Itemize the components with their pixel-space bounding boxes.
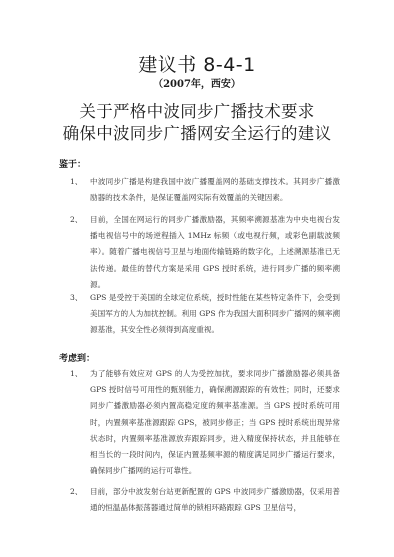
item-text: 为了能够有效应对 GPS 的人为受控加扰，要求同步广播激励器必须具备 GPS 授… (90, 366, 340, 479)
list-item: 2、 目前，部分中波发射台站更新配置的 GPS 中波同步广播激励器，仅采用普通的… (70, 484, 340, 516)
item-text: 目前，部分中波发射台站更新配置的 GPS 中波同步广播激励器，仅采用普通的恒温晶… (90, 484, 340, 516)
item-number: 3、 (70, 290, 86, 306)
document-code: 建议书 8-4-1 (0, 50, 394, 77)
list-item: 3、 GPS 是受控于美国的全球定位系统，授时性能在某些特定条件下，会受到美国军… (70, 290, 340, 339)
item-number: 1、 (70, 174, 86, 190)
item-number: 2、 (70, 484, 86, 500)
section-heading: 考虑到： (59, 351, 95, 364)
document-title-line2: 确保中波同步广播网安全运行的建议 (0, 120, 394, 144)
list-item: 2、 目前，全国在网运行的同步广播激励器，其频率溯源基准为中央电视台发播电视信号… (70, 212, 340, 293)
item-text: GPS 是受控于美国的全球定位系统，授时性能在某些特定条件下，会受到美国军方的人… (90, 290, 340, 339)
document-subtitle: （2007年，西安） (0, 75, 394, 90)
item-text: 中波同步广播是构建我国中波广播覆盖网的基础支撑技术。其同步广播激励器的技术条件，… (90, 174, 340, 206)
section-heading: 鉴于： (59, 157, 86, 170)
list-item: 1、 为了能够有效应对 GPS 的人为受控加扰，要求同步广播激励器必须具备 GP… (70, 366, 340, 479)
item-number: 2、 (70, 212, 86, 228)
list-item: 1、 中波同步广播是构建我国中波广播覆盖网的基础支撑技术。其同步广播激励器的技术… (70, 174, 340, 206)
item-text: 目前，全国在网运行的同步广播激励器，其频率溯源基准为中央电视台发播电视信号中的场… (90, 212, 340, 293)
item-number: 1、 (70, 366, 86, 382)
document-page: 建议书 8-4-1 （2007年，西安） 关于严格中波同步广播技术要求 确保中波… (0, 0, 394, 557)
document-title-line1: 关于严格中波同步广播技术要求 (0, 98, 394, 122)
